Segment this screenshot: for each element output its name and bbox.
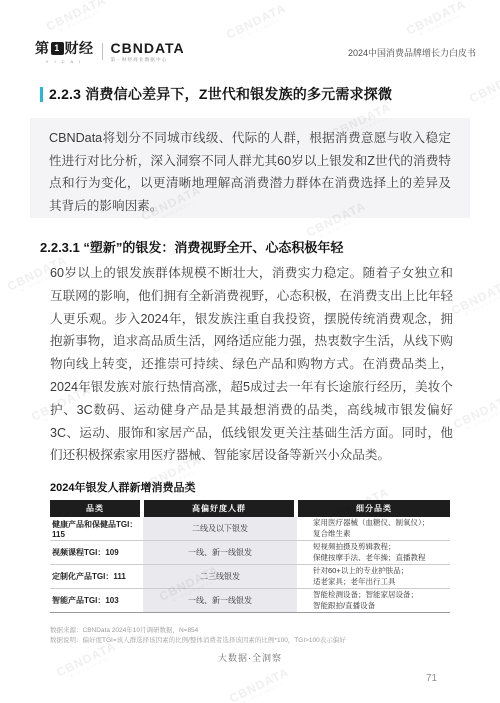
cell-category: 视频课程TGI：109 (50, 541, 143, 564)
footnotes: 数据来源：CBNData 2024年10月调研数据，N=854 数据说明：偏好度… (50, 626, 346, 646)
cell-category: 定制化产品TGI：111 (50, 565, 143, 588)
footnote-source: 数据来源：CBNData 2024年10月调研数据，N=854 (50, 626, 346, 636)
consumption-table: 品类 高偏好度人群 细分品类 健康产品和保健品TGI：115二线及以下银发家用医… (50, 500, 450, 613)
table-header-category: 品类 (50, 500, 140, 517)
yicai-wordmark: 第 1 财经 (35, 38, 94, 58)
header-logos: 第 1 财经 Y I C A I CBNDATA 第一财经商业数据中心 (35, 38, 185, 64)
table-row: 智能产品TGI：103一线、新一线银发智能检测设备；智能家居设备； 智能跟拍/直… (50, 589, 450, 613)
cbndata-watermark: CBNDATA第一财经商业数据中心 (467, 65, 500, 110)
cell-category: 健康产品和保健品TGI：115 (50, 517, 143, 540)
yicai-logo: 第 1 财经 Y I C A I (35, 38, 94, 64)
yicai-pre: 第 (35, 38, 50, 58)
section-heading: 2.2.3 消费信心差异下，Z世代和银发族的多元需求探微 (40, 84, 392, 104)
subsection-heading: 2.2.3.1 “塑新”的银发：消费视野全开、心态积极年轻 (40, 237, 343, 256)
cbndata-watermark: CBNDATA第一财经商业数据中心 (449, 277, 500, 322)
table-header-row: 品类 高偏好度人群 细分品类 (50, 500, 450, 517)
cell-category: 智能产品TGI：103 (50, 589, 143, 612)
yicai-one-icon: 1 (51, 42, 64, 55)
section-heading-text: 2.2.3 消费信心差异下，Z世代和银发族的多元需求探微 (49, 84, 392, 104)
table-body: 健康产品和保健品TGI：115二线及以下银发家用医疗器械（血糖仪、制氧仪）； 复… (50, 517, 450, 613)
cell-subcategories: 家用医疗器械（血糖仪、制氧仪）； 复合维生素 (297, 517, 450, 540)
cell-audience: 二三线银发 (143, 565, 297, 588)
cell-audience: 二线及以下银发 (143, 517, 297, 540)
table-title: 2024年银发人群新增消费品类 (50, 479, 195, 495)
accent-bar (40, 87, 43, 102)
report-page: 第 1 财经 Y I C A I CBNDATA 第一财经商业数据中心 2024… (0, 0, 500, 703)
table-header-subcategory: 细分品类 (298, 500, 450, 517)
cbndata-watermark: CBNDATA第一财经商业数据中心 (227, 665, 293, 703)
yicai-post: 财经 (65, 38, 94, 58)
footer-slogan: 大数据·全洞察 (0, 651, 500, 664)
table-header-audience: 高偏好度人群 (144, 500, 294, 517)
cell-subcategories: 智能检测设备；智能家居设备； 智能跟拍/直播设备 (297, 589, 450, 612)
cell-audience: 一线、新一线银发 (143, 541, 297, 564)
intro-paragraph-box: CBNData将划分不同城市线级、代际的人群，根据消费意愿与收入稳定性进行对比分… (30, 118, 470, 218)
intro-paragraph: CBNData将划分不同城市线级、代际的人群，根据消费意愿与收入稳定性进行对比分… (49, 127, 451, 217)
body-paragraph: 60岁以上的银发族群体规模不断壮大，消费实力稳定。随着子女独立和互联网的影响，他… (50, 262, 453, 467)
cbndata-wordmark: CBNDATA (111, 40, 185, 56)
footnote-method: 数据说明：偏好度TGI=该人群选择该因素的比例/整体消费者选择该因素的比例*10… (50, 636, 346, 646)
page-number: 71 (426, 673, 437, 684)
table-row: 视频课程TGI：109一线、新一线银发短视频拍摄及剪辑教程； 保健按摩手法、老年… (50, 541, 450, 565)
body-paragraph-wrap: 60岁以上的银发族群体规模不断壮大，消费实力稳定。随着子女独立和互联网的影响，他… (50, 262, 453, 467)
cbndata-logo: CBNDATA 第一财经商业数据中心 (111, 40, 185, 63)
cell-subcategories: 短视频拍摄及剪辑教程； 保健按摩手法、老年操；直播教程 (297, 541, 450, 564)
cbndata-watermark: CBNDATA第一财经商业数据中心 (224, 1, 290, 46)
cbndata-watermark: CBNDATA第一财经商业数据中心 (451, 391, 500, 436)
cbndata-watermark: CBNDATA第一财经商业数据中心 (404, 0, 470, 42)
cbndata-sub-label: 第一财经商业数据中心 (111, 57, 185, 63)
cell-subcategories: 针对60+以上的专业护肤品； 适老家具；老年出行工具 (297, 565, 450, 588)
cell-audience: 一线、新一线银发 (143, 589, 297, 612)
yicai-sub-label: Y I C A I (46, 59, 83, 64)
table-row: 定制化产品TGI：111二三线银发针对60+以上的专业护肤品； 适老家具；老年出… (50, 565, 450, 589)
table-row: 健康产品和保健品TGI：115二线及以下银发家用医疗器械（血糖仪、制氧仪）； 复… (50, 517, 450, 541)
cbndata-watermark: CBNDATA第一财经商业数据中心 (44, 0, 110, 38)
document-title: 2024中国消费品牌增长力白皮书 (348, 46, 476, 59)
logo-divider (102, 43, 103, 60)
